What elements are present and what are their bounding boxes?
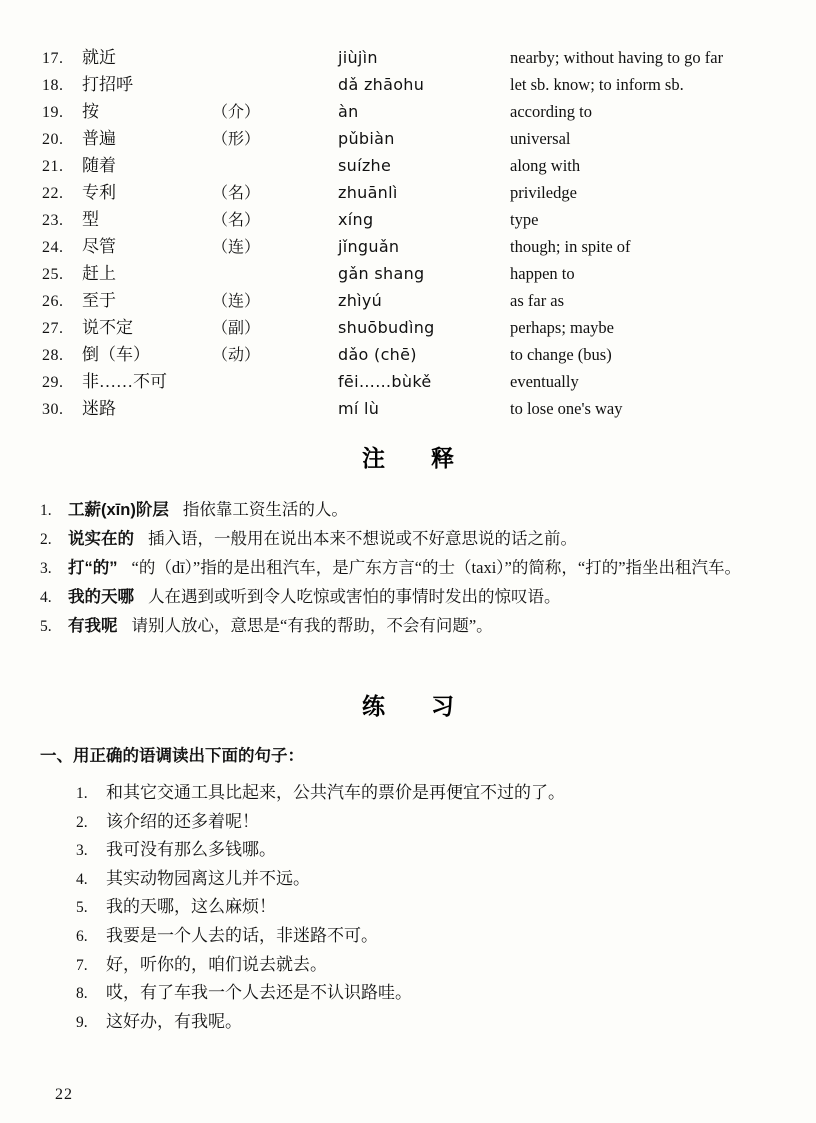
note-item: 2. 说实在的插入语，一般用在说出本来不想说或不好意思说的话之前。 bbox=[40, 525, 780, 554]
note-body: 说实在的插入语，一般用在说出本来不想说或不好意思说的话之前。 bbox=[68, 525, 780, 553]
vocab-pinyin: zhìyú bbox=[338, 287, 510, 314]
vocab-row: 28. 倒（车） （动） dǎo (chē) to change (bus) bbox=[42, 341, 786, 368]
vocab-pinyin: dǎ zhāohu bbox=[338, 71, 510, 98]
vocab-word: 迷路 bbox=[82, 395, 212, 422]
vocab-english: though; in spite of bbox=[510, 233, 786, 260]
vocab-english: priviledge bbox=[510, 179, 786, 206]
vocab-english: happen to bbox=[510, 260, 786, 287]
exercise-number: 4. bbox=[76, 866, 106, 895]
vocab-pinyin: suízhe bbox=[338, 152, 510, 179]
exercise-number: 1. bbox=[76, 780, 106, 809]
vocab-number: 17. bbox=[42, 45, 82, 72]
vocab-word: 倒（车） bbox=[82, 341, 212, 368]
exercise-item: 9. 这好办，有我呢。 bbox=[76, 1008, 780, 1037]
vocab-word: 赶上 bbox=[82, 260, 212, 287]
vocab-part-of-speech: （形） bbox=[212, 126, 338, 153]
vocab-row: 27. 说不定 （副） shuōbudìng perhaps; maybe bbox=[42, 314, 786, 341]
note-number: 2. bbox=[40, 526, 68, 553]
vocab-row: 29. 非……不可 fēi……bùkě eventually bbox=[42, 368, 786, 395]
vocab-word: 型 bbox=[82, 206, 212, 233]
exercise-number: 7. bbox=[76, 952, 106, 981]
vocab-row: 26. 至于 （连） zhìyú as far as bbox=[42, 287, 786, 314]
textbook-page: 17. 就近 jiùjìn nearby; without having to … bbox=[0, 0, 816, 1123]
vocab-pinyin: xíng bbox=[338, 206, 510, 233]
exercise-item: 7. 好，听你的，咱们说去就去。 bbox=[76, 951, 780, 980]
vocab-number: 19. bbox=[42, 99, 82, 126]
vocab-word: 尽管 bbox=[82, 233, 212, 260]
vocab-word: 随着 bbox=[82, 152, 212, 179]
note-item: 5. 有我呢请别人放心，意思是“有我的帮助，不会有问题”。 bbox=[40, 612, 780, 641]
vocab-row: 21. 随着 suízhe along with bbox=[42, 152, 786, 179]
exercise-text: 和其它交通工具比起来，公共汽车的票价是再便宜不过的了。 bbox=[106, 779, 565, 808]
vocab-number: 25. bbox=[42, 261, 82, 288]
exercise-item: 1. 和其它交通工具比起来，公共汽车的票价是再便宜不过的了。 bbox=[76, 779, 780, 808]
page-number: 22 bbox=[55, 1086, 73, 1104]
vocab-word: 按 bbox=[82, 98, 212, 125]
note-body: 有我呢请别人放心，意思是“有我的帮助，不会有问题”。 bbox=[68, 612, 780, 640]
vocab-pinyin: dǎo (chē) bbox=[338, 341, 510, 368]
vocab-english: eventually bbox=[510, 368, 786, 395]
exercise-text: 该介绍的还多着呢！ bbox=[106, 808, 259, 837]
vocab-row: 23. 型 （名） xíng type bbox=[42, 206, 786, 233]
vocab-english: universal bbox=[510, 125, 786, 152]
vocab-pinyin: fēi……bùkě bbox=[338, 368, 510, 395]
note-number: 1. bbox=[40, 497, 68, 524]
vocab-pinyin: pǔbiàn bbox=[338, 125, 510, 152]
vocab-word: 打招呼 bbox=[82, 71, 212, 98]
exercise-number: 5. bbox=[76, 894, 106, 923]
vocab-word: 至于 bbox=[82, 287, 212, 314]
vocab-number: 30. bbox=[42, 396, 82, 423]
vocab-row: 17. 就近 jiùjìn nearby; without having to … bbox=[42, 44, 786, 71]
note-number: 4. bbox=[40, 584, 68, 611]
vocab-word: 普遍 bbox=[82, 125, 212, 152]
exercise-item: 8. 哎，有了车我一个人去还是不认识路哇。 bbox=[76, 979, 780, 1008]
vocab-number: 24. bbox=[42, 234, 82, 261]
vocab-part-of-speech: （名） bbox=[212, 180, 338, 207]
exercise-instruction: 一、用正确的语调读出下面的句子： bbox=[40, 742, 780, 766]
exercise-item: 5. 我的天哪，这么麻烦！ bbox=[76, 893, 780, 922]
note-item: 4. 我的天哪人在遇到或听到令人吃惊或害怕的事情时发出的惊叹语。 bbox=[40, 583, 780, 612]
exercise-list: 1. 和其它交通工具比起来，公共汽车的票价是再便宜不过的了。 2. 该介绍的还多… bbox=[76, 779, 780, 1036]
note-term: 工薪(xīn)阶层 bbox=[68, 501, 169, 519]
exercise-text: 我可没有那么多钱哪。 bbox=[106, 836, 276, 865]
vocab-part-of-speech: （介） bbox=[212, 99, 338, 126]
note-text: 请别人放心，意思是“有我的帮助，不会有问题”。 bbox=[132, 616, 493, 635]
vocab-english: according to bbox=[510, 98, 786, 125]
exercise-text: 我要是一个人去的话，非迷路不可。 bbox=[106, 922, 378, 951]
exercise-item: 2. 该介绍的还多着呢！ bbox=[76, 808, 780, 837]
vocab-number: 29. bbox=[42, 369, 82, 396]
vocab-pinyin: mí lù bbox=[338, 395, 510, 422]
vocab-word: 非……不可 bbox=[82, 368, 212, 395]
vocab-english: perhaps; maybe bbox=[510, 314, 786, 341]
vocab-number: 21. bbox=[42, 153, 82, 180]
note-body: 工薪(xīn)阶层指依靠工资生活的人。 bbox=[68, 496, 780, 524]
vocab-number: 23. bbox=[42, 207, 82, 234]
vocab-pinyin: jiùjìn bbox=[338, 44, 510, 71]
vocab-row: 20. 普遍 （形） pǔbiàn universal bbox=[42, 125, 786, 152]
exercise-number: 2. bbox=[76, 809, 106, 838]
vocab-number: 18. bbox=[42, 72, 82, 99]
note-text: 人在遇到或听到令人吃惊或害怕的事情时发出的惊叹语。 bbox=[148, 587, 561, 606]
note-text: 指依靠工资生活的人。 bbox=[183, 500, 348, 519]
vocab-part-of-speech: （连） bbox=[212, 234, 338, 261]
vocab-part-of-speech: （动） bbox=[212, 342, 338, 369]
exercise-number: 6. bbox=[76, 923, 106, 952]
vocab-word: 专利 bbox=[82, 179, 212, 206]
note-body: 我的天哪人在遇到或听到令人吃惊或害怕的事情时发出的惊叹语。 bbox=[68, 583, 780, 611]
exercise-number: 9. bbox=[76, 1009, 106, 1038]
note-term: 说实在的 bbox=[68, 530, 134, 548]
vocab-pinyin: àn bbox=[338, 98, 510, 125]
note-number: 5. bbox=[40, 613, 68, 640]
vocab-english: along with bbox=[510, 152, 786, 179]
exercise-text: 好，听你的，咱们说去就去。 bbox=[106, 951, 327, 980]
vocab-number: 22. bbox=[42, 180, 82, 207]
vocab-english: to change (bus) bbox=[510, 341, 786, 368]
note-text: 插入语，一般用在说出本来不想说或不好意思说的话之前。 bbox=[148, 529, 577, 548]
vocab-row: 30. 迷路 mí lù to lose one's way bbox=[42, 395, 786, 422]
vocab-english: as far as bbox=[510, 287, 786, 314]
vocab-word: 就近 bbox=[82, 44, 212, 71]
note-item: 3. 打“的”“的（dī）”指的是出租汽车，是广东方言“的士（taxi）”的简称… bbox=[40, 554, 780, 583]
vocab-number: 28. bbox=[42, 342, 82, 369]
vocab-pinyin: jǐnguǎn bbox=[338, 233, 510, 260]
note-item: 1. 工薪(xīn)阶层指依靠工资生活的人。 bbox=[40, 496, 780, 525]
exercises-section-title: 练 习 bbox=[0, 688, 816, 721]
vocab-number: 27. bbox=[42, 315, 82, 342]
exercise-text: 我的天哪，这么麻烦！ bbox=[106, 893, 276, 922]
notes-list: 1. 工薪(xīn)阶层指依靠工资生活的人。 2. 说实在的插入语，一般用在说出… bbox=[40, 496, 780, 641]
vocab-english: to lose one's way bbox=[510, 395, 786, 422]
note-term: 有我呢 bbox=[68, 617, 118, 635]
vocab-part-of-speech: （连） bbox=[212, 288, 338, 315]
vocab-word: 说不定 bbox=[82, 314, 212, 341]
vocab-english: let sb. know; to inform sb. bbox=[510, 71, 786, 98]
vocab-part-of-speech: （副） bbox=[212, 315, 338, 342]
exercise-item: 3. 我可没有那么多钱哪。 bbox=[76, 836, 780, 865]
exercise-item: 6. 我要是一个人去的话，非迷路不可。 bbox=[76, 922, 780, 951]
vocab-row: 25. 赶上 gǎn shang happen to bbox=[42, 260, 786, 287]
vocab-english: nearby; without having to go far bbox=[510, 44, 786, 71]
note-number: 3. bbox=[40, 555, 68, 582]
note-term: 打“的” bbox=[68, 559, 118, 577]
exercise-item: 4. 其实动物园离这儿并不远。 bbox=[76, 865, 780, 894]
vocab-row: 22. 专利 （名） zhuānlì priviledge bbox=[42, 179, 786, 206]
vocab-number: 20. bbox=[42, 126, 82, 153]
exercise-text: 这好办，有我呢。 bbox=[106, 1008, 242, 1037]
vocab-row: 24. 尽管 （连） jǐnguǎn though; in spite of bbox=[42, 233, 786, 260]
exercise-number: 8. bbox=[76, 980, 106, 1009]
vocab-number: 26. bbox=[42, 288, 82, 315]
exercise-number: 3. bbox=[76, 837, 106, 866]
vocab-row: 18. 打招呼 dǎ zhāohu let sb. know; to infor… bbox=[42, 71, 786, 98]
vocab-pinyin: shuōbudìng bbox=[338, 314, 510, 341]
note-body: 打“的”“的（dī）”指的是出租汽车，是广东方言“的士（taxi）”的简称，“打… bbox=[68, 554, 780, 582]
note-term: 我的天哪 bbox=[68, 588, 134, 606]
note-text: “的（dī）”指的是出租汽车，是广东方言“的士（taxi）”的简称，“打的”指坐… bbox=[132, 558, 742, 577]
exercise-text: 哎，有了车我一个人去还是不认识路哇。 bbox=[106, 979, 412, 1008]
exercise-text: 其实动物园离这儿并不远。 bbox=[106, 865, 310, 894]
vocab-english: type bbox=[510, 206, 786, 233]
vocab-row: 19. 按 （介） àn according to bbox=[42, 98, 786, 125]
vocabulary-list: 17. 就近 jiùjìn nearby; without having to … bbox=[42, 44, 786, 422]
vocab-pinyin: zhuānlì bbox=[338, 179, 510, 206]
vocab-part-of-speech: （名） bbox=[212, 207, 338, 234]
vocab-pinyin: gǎn shang bbox=[338, 260, 510, 287]
notes-section-title: 注 释 bbox=[0, 440, 816, 473]
